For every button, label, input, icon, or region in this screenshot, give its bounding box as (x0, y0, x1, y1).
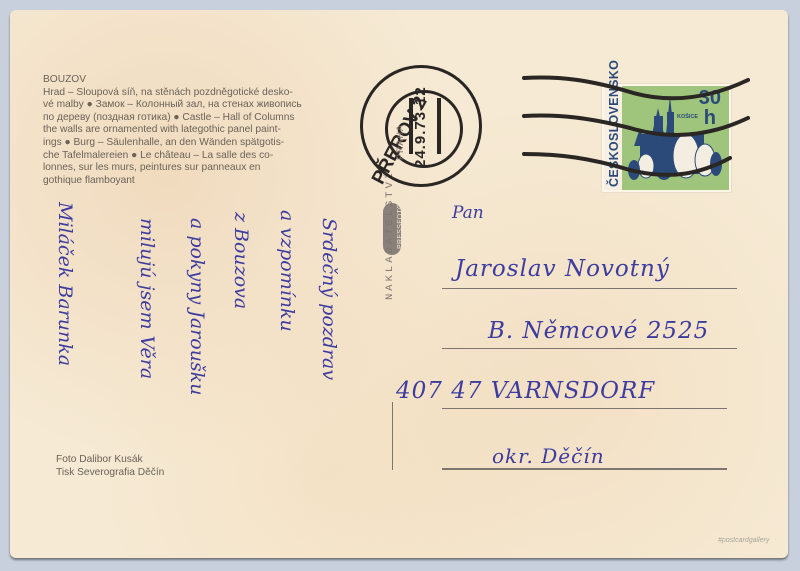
photo-credit: Foto Dalibor Kusák (56, 454, 164, 467)
message-line: Miláček Barunka (54, 202, 76, 366)
pressfoto-text: PRESSFOTO (397, 203, 404, 249)
address-street: B. Němcové 2525 (488, 318, 709, 344)
message-line: Srdečný pozdrav (318, 218, 340, 380)
credits: Foto Dalibor Kusák Tisk Severografia Děč… (56, 454, 164, 479)
caption-line: gothique flamboyant (43, 175, 363, 188)
print-credit: Tisk Severografia Děčín (56, 467, 164, 480)
watermark: #postcardgallery (718, 537, 769, 544)
caption-block: BOUZOV Hrad – Sloupová síň, na stěnách p… (43, 74, 363, 187)
postmark-sub: PRAHA (395, 124, 405, 160)
caption-line: по дереву (поздная готика) ● Castle – Ha… (43, 112, 363, 125)
caption-line: the walls are ornamented with lategothic… (43, 124, 363, 137)
address-line (442, 288, 737, 289)
caption-line: ings ● Burg – Säulenhalle, an den Wänden… (43, 137, 363, 150)
postmark-bar (437, 98, 441, 154)
caption-line: Hrad – Sloupová síň, na stěnách pozdněgo… (43, 87, 363, 100)
address-line (442, 348, 737, 349)
caption-line: che Tafelmalereien ● Le château – La sal… (43, 150, 363, 163)
address-line (442, 468, 727, 470)
message-line: z Bouzova (230, 212, 252, 309)
message-line: a vzpomínku (276, 210, 298, 332)
message-line: milujú jsem Věra (136, 218, 158, 379)
address-line (442, 408, 727, 409)
caption-line: vé malby ● Замок – Колонный зал, на стен… (43, 99, 363, 112)
caption-line: lonnes, sur les murs, peintures sur pann… (43, 162, 363, 175)
postmark-date: 24.9.73-12 (412, 86, 429, 168)
caption-title: BOUZOV (43, 74, 363, 87)
address-city: 407 47 VARNSDORF (396, 378, 655, 404)
cancellation-lines-icon (520, 70, 760, 180)
address-salutation: Pan (452, 203, 484, 223)
message-line: a pokyny Jaroušku (186, 218, 208, 395)
address-name: Jaroslav Novotný (455, 256, 670, 282)
divider-line (392, 402, 393, 470)
address-district: okr. Děčín (492, 444, 605, 468)
publisher-label: NAKLADATELSTVÍ (384, 170, 396, 300)
